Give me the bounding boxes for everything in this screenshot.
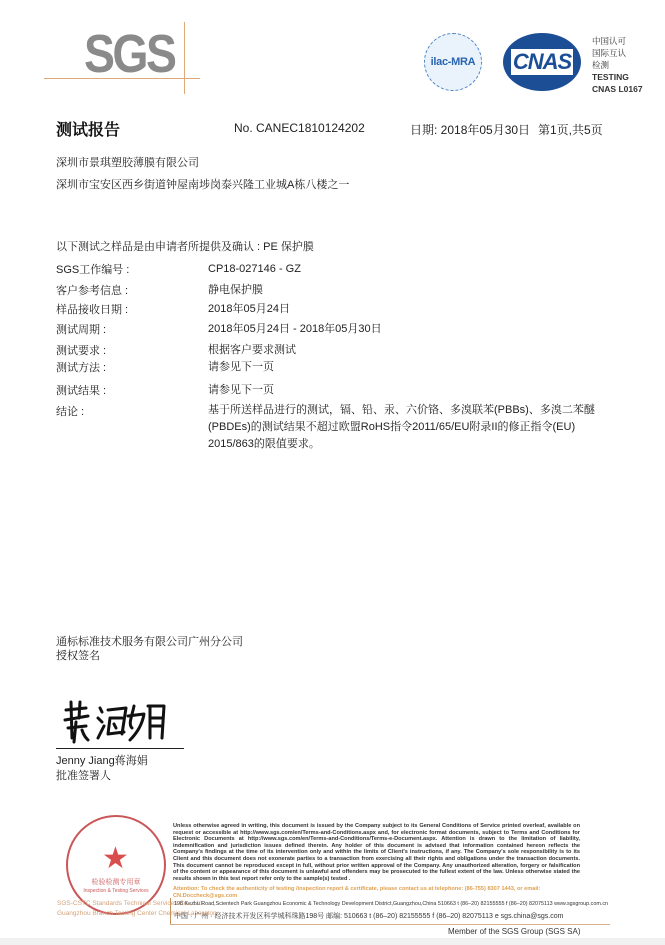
- ilac-mra-label: ilac-MRA: [431, 56, 476, 68]
- cnas-label: CNAS: [511, 49, 573, 75]
- report-title: 测试报告: [56, 117, 120, 140]
- star-icon: ★: [102, 841, 129, 876]
- signing-company-name: 通标标准技术服务有限公司广州分公司: [56, 635, 243, 649]
- cnas-info-line: 检测: [592, 59, 643, 71]
- field-label-conclusion: 结论 :: [56, 403, 84, 419]
- authorized-signature-label: 授权签名: [56, 649, 243, 663]
- handwritten-signature: [62, 698, 172, 746]
- signer-name: Jenny Jiang蒋海娟: [56, 754, 148, 769]
- field-value-test-period: 2018年05月24日 - 2018年05月30日: [208, 321, 608, 338]
- field-label-received-date: 样品接收日期 :: [56, 301, 128, 317]
- cnas-info-line: 中国认可: [592, 35, 643, 47]
- field-label-test-method: 测试方法 :: [56, 359, 106, 375]
- field-label-test-result: 测试结果 :: [56, 382, 106, 398]
- footer-divider: [170, 924, 610, 925]
- client-address: 深圳市宝安区西乡街道钟屋南埗岗泰兴隆工业城A栋八楼之一: [56, 176, 349, 192]
- field-value-test-method: 请参见下一页: [208, 359, 608, 376]
- ilac-mra-logo: ilac-MRA: [424, 33, 482, 91]
- signing-company: 通标标准技术服务有限公司广州分公司 授权签名: [56, 635, 243, 663]
- signer-role: 批准签署人: [56, 769, 148, 784]
- field-value-conclusion: 基于所送样品进行的测试，镉、铅、汞、六价铬、多溴联苯(PBBs)、多溴二苯醚(P…: [208, 402, 606, 453]
- seal-chinese-text: 检验检测专用章: [68, 877, 164, 887]
- field-label-test-requirement: 测试要求 :: [56, 342, 106, 358]
- address-divider: [170, 898, 171, 925]
- address-english: 198 Kezhu Road,Scientech Park Guangzhou …: [174, 901, 608, 907]
- field-label-client-ref: 客户参考信息 :: [56, 282, 128, 298]
- field-label-test-period: 测试周期 :: [56, 321, 106, 337]
- cnas-info-line: CNAS L0167: [592, 83, 643, 95]
- seal-english-text: Inspection & Testing Services: [68, 888, 164, 894]
- field-value-job-no: CP18-027146 - GZ: [208, 261, 608, 278]
- cnas-info-line: TESTING: [592, 71, 643, 83]
- authenticity-notice: Attention: To check the authenticity of …: [173, 886, 583, 900]
- client-name: 深圳市景琪塑胶薄膜有限公司: [56, 154, 199, 170]
- logo-divider-horizontal: [44, 78, 200, 79]
- cnas-accreditation-info: 中国认可 国际互认 检测 TESTING CNAS L0167: [592, 35, 643, 95]
- sgs-logo-text: SGS: [84, 24, 174, 84]
- legal-disclaimer: Unless otherwise agreed in writing, this…: [173, 823, 580, 882]
- page-indicator: 第1页,共5页: [538, 121, 603, 138]
- group-membership: Member of the SGS Group (SGS SA): [448, 927, 581, 936]
- logo-divider-vertical: [184, 22, 185, 94]
- field-label-job-no: SGS工作编号 :: [56, 261, 129, 277]
- field-value-received-date: 2018年05月24日: [208, 301, 608, 318]
- field-value-test-result: 请参见下一页: [208, 382, 608, 399]
- signature-line: [56, 748, 184, 749]
- report-number: No. CANEC1810124202: [234, 121, 365, 135]
- field-value-client-ref: 静电保护膜: [208, 282, 608, 299]
- sgs-logo: SGS: [84, 22, 196, 84]
- page-bottom-band: [0, 938, 665, 945]
- signer-block: Jenny Jiang蒋海娟 批准签署人: [56, 754, 148, 784]
- cnas-logo: CNAS: [503, 33, 581, 91]
- cnas-info-line: 国际互认: [592, 47, 643, 59]
- sample-intro: 以下测试之样品是由申请者所提供及确认 : PE 保护膜: [56, 238, 314, 254]
- address-chinese: 中国 · 广州 · 经济技术开发区科学城科珠路198号 邮编: 510663 t…: [174, 911, 563, 921]
- report-date: 日期: 2018年05月30日: [410, 121, 530, 138]
- field-value-test-requirement: 根据客户要求测试: [208, 342, 608, 359]
